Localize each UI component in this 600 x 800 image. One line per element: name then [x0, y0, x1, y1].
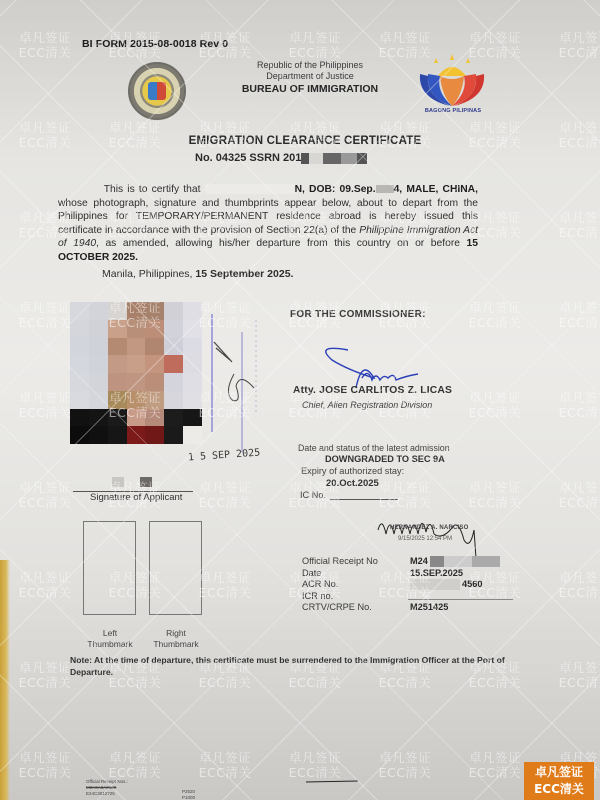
departure-note: Note: At the time of departure, this cer… — [70, 654, 530, 678]
issue-dateline: Manila, Philippines, 15 September 2025. — [102, 268, 293, 280]
processing-signature-icon — [372, 510, 492, 560]
receipt-details: Official Receipt NoM24Date15.SEP.2025ACR… — [302, 556, 500, 614]
signature-label: Signature of Applicant — [90, 492, 182, 503]
receipt-row: ICR no. — [302, 591, 500, 603]
redacted-name — [205, 184, 295, 194]
redacted-signature — [140, 477, 152, 487]
bottom-receipt-amounts: P2520 P1000 — [182, 789, 195, 800]
logo-label: BAGONG PILIPINAS — [418, 108, 488, 114]
expiry-value: 20.Oct.2025 — [326, 478, 379, 489]
left-thumbmark-label: Left Thumbmark — [84, 628, 136, 650]
republic-text: Republic of the Philippines — [190, 60, 430, 71]
officer-name: Atty. JOSE CARLITOS Z. LICAS — [293, 385, 452, 396]
department-text: Department of Justice — [190, 71, 430, 82]
receipt-row: Official Receipt NoM24 — [302, 556, 500, 568]
expiry-label: Expiry of authorized stay: — [301, 466, 404, 476]
admission-label: Date and status of the latest admission — [298, 443, 450, 453]
certificate-document: BI FORM 2015-08-0018 Rev 0 Republic of t… — [0, 0, 600, 800]
receipt-underline — [408, 599, 513, 600]
redacted-block — [301, 153, 309, 164]
certificate-body: This is to certify that N, DOB: 09.Sep.4… — [58, 183, 478, 265]
bureau-seal-icon — [128, 62, 186, 120]
receipt-row: ACR No.4560 — [302, 579, 500, 591]
bottom-pen-mark — [306, 781, 358, 783]
redacted-signature — [112, 477, 124, 487]
processing-stamp-time: 9/15/2025 12:54 PM — [398, 536, 452, 542]
receipt-label: ICR no. — [302, 591, 410, 603]
bureau-title: BUREAU OF IMMIGRATION — [190, 84, 430, 95]
applicant-photo — [70, 302, 202, 444]
right-thumbmark-box — [149, 521, 202, 615]
ic-number-label: IC No. — [300, 490, 326, 500]
receipt-value: M24 — [410, 556, 428, 568]
left-thumbmark-box — [83, 521, 136, 615]
ic-number-line — [330, 499, 398, 500]
receipt-label: Date — [302, 568, 410, 580]
blue-stamp-icon — [204, 312, 274, 464]
receipt-row: Date15.SEP.2025 — [302, 568, 500, 580]
bagong-pilipinas-logo-icon: BAGONG PILIPINAS — [412, 52, 492, 116]
brand-badge: 卓凡签证 ECC清关 — [524, 762, 594, 800]
certificate-title: EMIGRATION CLEARANCE CERTIFICATE — [170, 135, 440, 147]
right-thumbmark-label: Right Thumbmark — [149, 628, 203, 650]
receipt-label: Official Receipt No — [302, 556, 410, 568]
receipt-value: M251425 — [410, 602, 448, 614]
form-number: BI FORM 2015-08-0018 Rev 0 — [82, 38, 228, 50]
certificate-number: No. 04325 SSRN 201 — [195, 152, 367, 164]
commissioner-heading: FOR THE COMMISSIONER: — [290, 309, 426, 320]
receipt-value: 4560 — [462, 579, 482, 591]
bottom-receipt-nos: Official Receipt Nos.: M0A0A0A0832 E24C3… — [86, 779, 128, 797]
receipt-row: CRTV/CRPE No.M251425 — [302, 602, 500, 614]
admission-status: DOWNGRADED TO SEC 9A — [325, 454, 445, 464]
officer-title: Chief, Alien Registration Division — [302, 400, 432, 410]
processing-stamp-name: HERNANDEZ A. NARCISO — [390, 525, 468, 531]
receipt-value: 15.SEP.2025 — [410, 568, 463, 580]
receipt-label: CRTV/CRPE No. — [302, 602, 410, 614]
document-header: Republic of the Philippines Department o… — [190, 60, 430, 95]
receipt-label: ACR No. — [302, 579, 410, 591]
